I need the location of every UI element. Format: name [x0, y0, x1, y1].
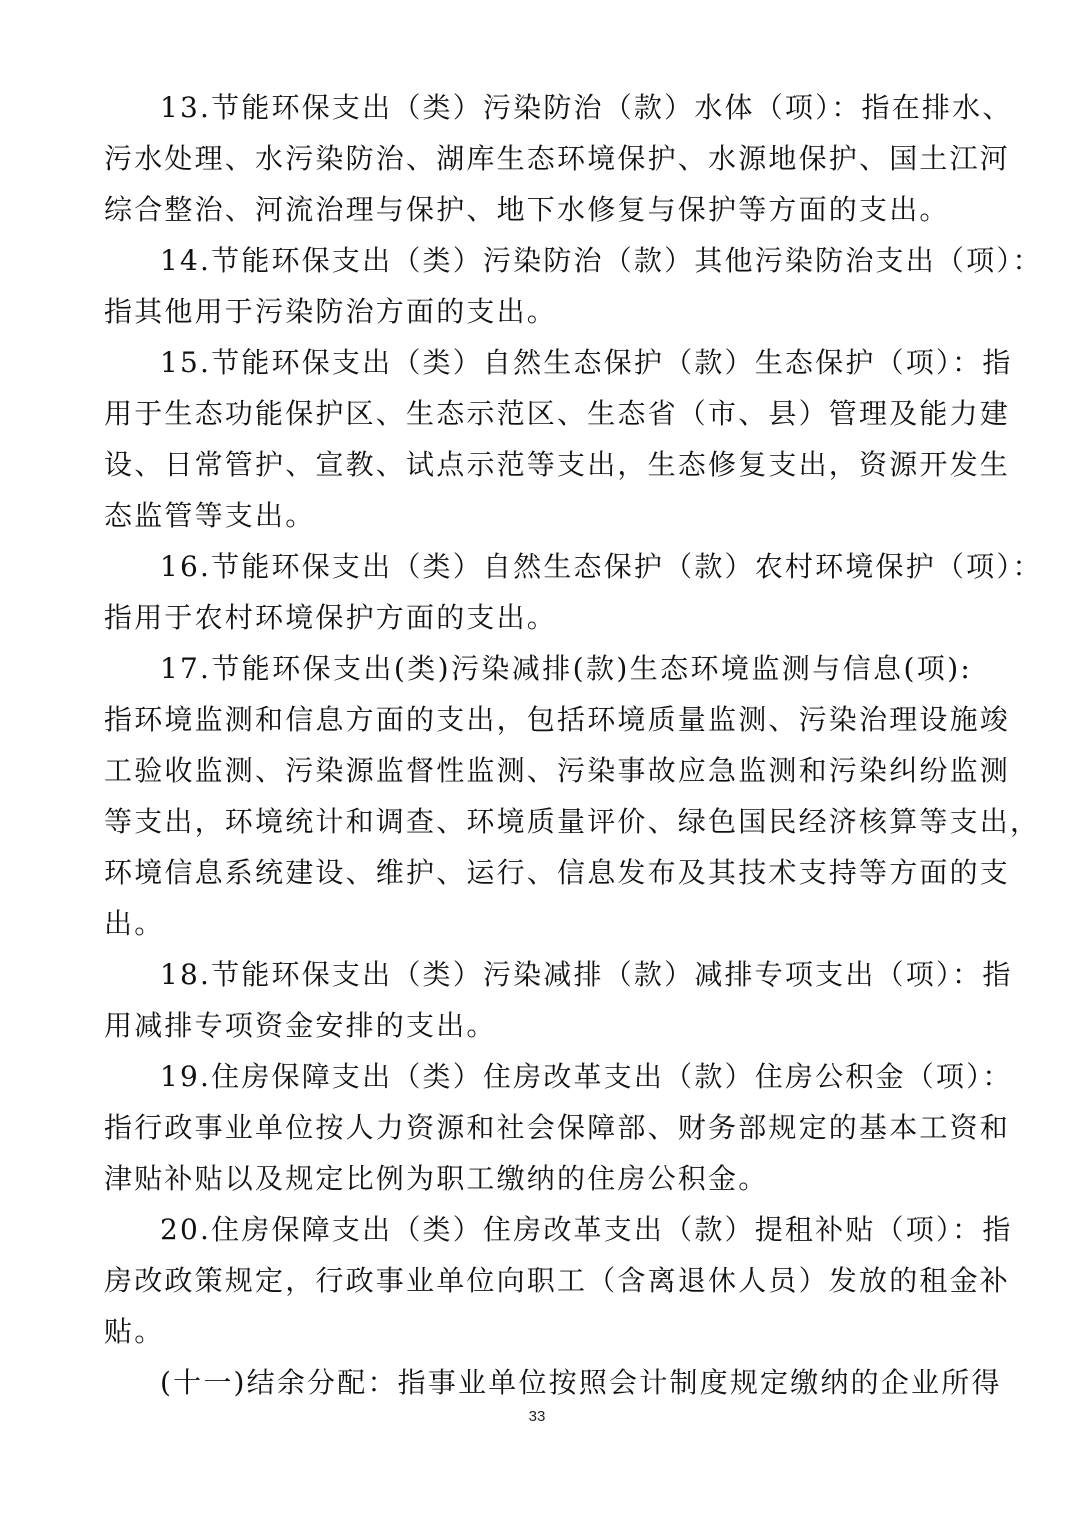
text-line: 环境信息系统建设、维护、运行、信息发布及其技术支持等方面的支 [104, 847, 972, 898]
text-line: 态监管等支出。 [104, 490, 972, 541]
text-line: 20.住房保障支出（类）住房改革支出（款）提租补贴（项）：指 [104, 1204, 972, 1255]
text-line: 出。 [104, 898, 972, 949]
paragraph-item-20: 20.住房保障支出（类）住房改革支出（款）提租补贴（项）：指 房改政策规定，行政… [104, 1204, 972, 1357]
paragraph-section-11: (十一)结余分配：指事业单位按照会计制度规定缴纳的企业所得 [104, 1357, 972, 1408]
page-number: 33 [0, 1408, 1074, 1425]
text-line: 贴。 [104, 1306, 972, 1357]
text-line: 指环境监测和信息方面的支出，包括环境质量监测、污染治理设施竣 [104, 694, 972, 745]
text-line: 17.节能环保支出(类)污染减排(款)生态环境监测与信息(项): [104, 643, 972, 694]
text-line: 16.节能环保支出（类）自然生态保护（款）农村环境保护（项）： [104, 541, 972, 592]
paragraph-item-17: 17.节能环保支出(类)污染减排(款)生态环境监测与信息(项): 指环境监测和信… [104, 643, 972, 949]
text-line: 房改政策规定，行政事业单位向职工（含离退休人员）发放的租金补 [104, 1255, 972, 1306]
text-line: 18.节能环保支出（类）污染减排（款）减排专项支出（项）：指 [104, 949, 972, 1000]
paragraph-item-15: 15.节能环保支出（类）自然生态保护（款）生态保护（项）：指 用于生态功能保护区… [104, 337, 972, 541]
text-line: 津贴补贴以及规定比例为职工缴纳的住房公积金。 [104, 1153, 972, 1204]
text-line: 工验收监测、污染源监督性监测、污染事故应急监测和污染纠纷监测 [104, 745, 972, 796]
text-line: 用于生态功能保护区、生态示范区、生态省（市、县）管理及能力建 [104, 388, 972, 439]
text-line: 等支出，环境统计和调查、环境质量评价、绿色国民经济核算等支出， [104, 796, 972, 847]
text-line: 综合整治、河流治理与保护、地下水修复与保护等方面的支出。 [104, 184, 972, 235]
text-line: 指行政事业单位按人力资源和社会保障部、财务部规定的基本工资和 [104, 1102, 972, 1153]
paragraph-item-18: 18.节能环保支出（类）污染减排（款）减排专项支出（项）：指 用减排专项资金安排… [104, 949, 972, 1051]
text-line: 19.住房保障支出（类）住房改革支出（款）住房公积金（项）： [104, 1051, 972, 1102]
paragraph-item-16: 16.节能环保支出（类）自然生态保护（款）农村环境保护（项）： 指用于农村环境保… [104, 541, 972, 643]
document-page: 13.节能环保支出（类）污染防治（款）水体（项）：指在排水、 污水处理、水污染防… [104, 82, 972, 1408]
text-line: 设、日常管护、宣教、试点示范等支出，生态修复支出，资源开发生 [104, 439, 972, 490]
paragraph-item-14: 14.节能环保支出（类）污染防治（款）其他污染防治支出（项）： 指其他用于污染防… [104, 235, 972, 337]
paragraph-item-19: 19.住房保障支出（类）住房改革支出（款）住房公积金（项）： 指行政事业单位按人… [104, 1051, 972, 1204]
text-line: (十一)结余分配：指事业单位按照会计制度规定缴纳的企业所得 [104, 1357, 972, 1408]
text-line: 15.节能环保支出（类）自然生态保护（款）生态保护（项）：指 [104, 337, 972, 388]
text-line: 污水处理、水污染防治、湖库生态环境保护、水源地保护、国土江河 [104, 133, 972, 184]
text-line: 用减排专项资金安排的支出。 [104, 1000, 972, 1051]
text-line: 指其他用于污染防治方面的支出。 [104, 286, 972, 337]
text-line: 13.节能环保支出（类）污染防治（款）水体（项）：指在排水、 [104, 82, 972, 133]
text-line: 指用于农村环境保护方面的支出。 [104, 592, 972, 643]
paragraph-item-13: 13.节能环保支出（类）污染防治（款）水体（项）：指在排水、 污水处理、水污染防… [104, 82, 972, 235]
text-line: 14.节能环保支出（类）污染防治（款）其他污染防治支出（项）： [104, 235, 972, 286]
